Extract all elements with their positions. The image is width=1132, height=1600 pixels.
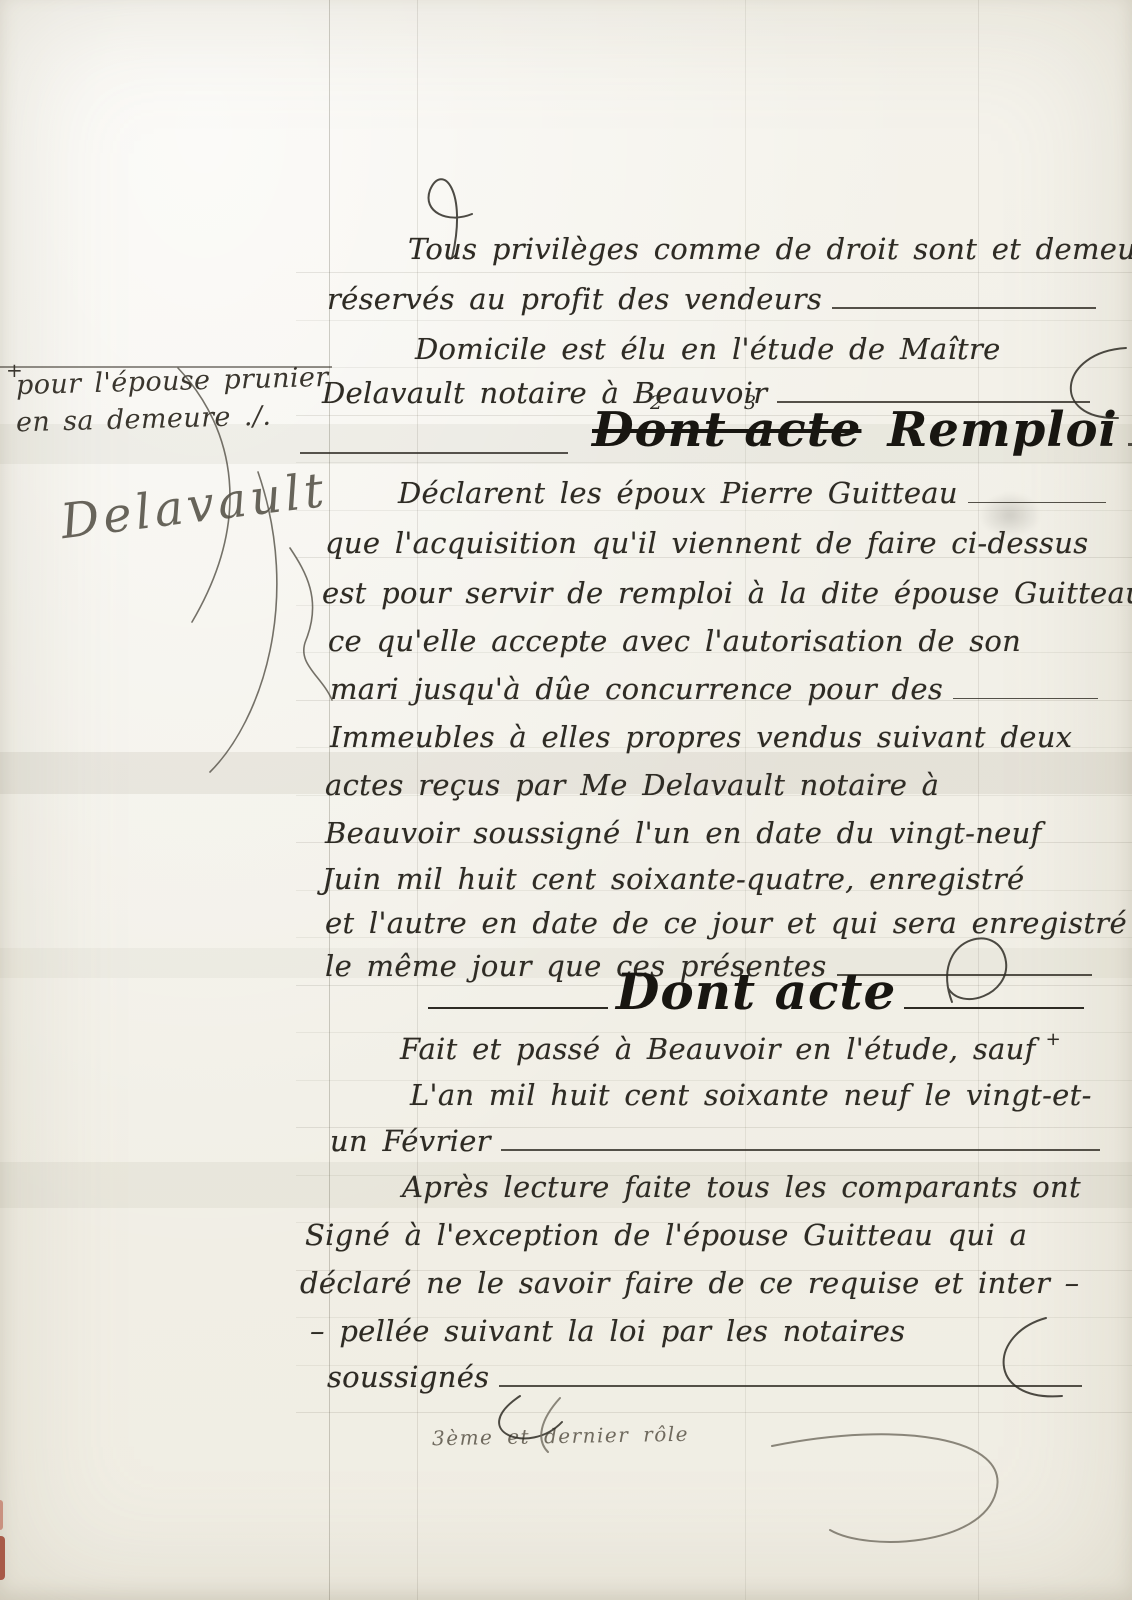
heading-pre-rule xyxy=(300,452,568,454)
line-text: mari jusqu'à dûe concurrence pour des xyxy=(330,672,943,706)
filler-rule xyxy=(501,1149,1100,1151)
renvoi-superscript: 3 xyxy=(744,392,757,414)
heading-side-rule xyxy=(428,1007,608,1009)
line-text: déclaré ne le savoir faire de ce requise… xyxy=(300,1266,1079,1300)
line-text: est pour servir de remploi à la dite épo… xyxy=(322,576,1132,610)
manuscript-line: Après lecture faite tous les comparants … xyxy=(402,1170,1081,1216)
line-text: Après lecture faite tous les comparants … xyxy=(402,1170,1081,1204)
heading-side-rule xyxy=(904,1007,1084,1009)
filler-rule xyxy=(968,502,1106,503)
pencil-flourish xyxy=(772,1434,998,1542)
manuscript-line: Immeubles à elles propres vendus suivant… xyxy=(330,720,1072,766)
line-text: Beauvoir soussigné l'un en date du vingt… xyxy=(325,816,1042,850)
filler-rule xyxy=(832,307,1096,309)
line-text: un Février xyxy=(330,1124,491,1158)
edge-stain xyxy=(0,1536,5,1580)
edge-stain xyxy=(0,1500,3,1530)
line-text: que l'acquisition qu'il viennent de fair… xyxy=(325,526,1088,560)
manuscript-line: un Février xyxy=(330,1124,1106,1170)
line-text: Immeubles à elles propres vendus suivant… xyxy=(330,720,1072,754)
line-text: – pellée suivant la loi par les notaires xyxy=(310,1314,905,1348)
manuscript-line: déclaré ne le savoir faire de ce requise… xyxy=(300,1266,1079,1312)
manuscript-line: Déclarent les époux Pierre Guitteau xyxy=(398,476,1112,522)
manuscript-line: et l'autre en date de ce jour et qui ser… xyxy=(325,906,1127,952)
ruling-line xyxy=(296,462,1132,463)
line-text: ce qu'elle accepte avec l'autorisation d… xyxy=(328,624,1021,658)
manuscript-line: Fait et passé à Beauvoir en l'étude, sau… xyxy=(400,1032,1061,1078)
filler-rule xyxy=(499,1385,1082,1387)
margin-note-line: pour l'épouse prunier xyxy=(16,362,329,401)
line-text: soussignés xyxy=(327,1360,489,1394)
filler-rule xyxy=(953,698,1098,699)
heading-remploi: Remploi xyxy=(887,402,1117,458)
notary-signature: Delavault xyxy=(58,462,331,550)
manuscript-line: – pellée suivant la loi par les notaires xyxy=(310,1314,905,1360)
heading-dont-acte-struck: Dont acte 2 3 xyxy=(592,402,861,458)
manuscript-line: est pour servir de remploi à la dite épo… xyxy=(322,576,1132,622)
ruling-line xyxy=(296,1412,1132,1413)
line-text: Déclarent les époux Pierre Guitteau xyxy=(398,476,958,510)
struck-text: Dont acte xyxy=(592,402,861,458)
inline-renvoi-mark: + xyxy=(1046,1029,1061,1050)
line-text: Juin mil huit cent soixante-quatre, enre… xyxy=(322,862,1024,896)
heading-dont-acte: Dont acte xyxy=(616,962,896,1021)
manuscript-line: soussignés xyxy=(327,1360,1088,1406)
pencil-folio-note: 3ème et dernier rôle xyxy=(432,1422,689,1450)
renvoi-superscript: 2 xyxy=(650,392,663,414)
line-text: actes reçus par Me Delavault notaire à xyxy=(325,768,939,802)
line-text: Fait et passé à Beauvoir en l'étude, sau… xyxy=(400,1032,1036,1066)
line-text: Tous privilèges comme de droit sont et d… xyxy=(408,232,1132,266)
manuscript-line: actes reçus par Me Delavault notaire à xyxy=(325,768,939,814)
manuscript-line: L'an mil huit cent soixante neuf le ving… xyxy=(410,1078,1092,1124)
manuscript-line: ce qu'elle accepte avec l'autorisation d… xyxy=(328,624,1021,670)
line-text: L'an mil huit cent soixante neuf le ving… xyxy=(410,1078,1092,1112)
manuscript-line: Domicile est élu en l'étude de Maître xyxy=(415,332,1001,378)
manuscript-line: mari jusqu'à dûe concurrence pour des xyxy=(330,672,1104,718)
manuscript-line: que l'acquisition qu'il viennent de fair… xyxy=(325,526,1088,572)
line-text: et l'autre en date de ce jour et qui ser… xyxy=(325,906,1127,940)
manuscript-line: Juin mil huit cent soixante-quatre, enre… xyxy=(322,862,1024,908)
manuscript-line: Beauvoir soussigné l'un en date du vingt… xyxy=(325,816,1042,862)
line-text: Signé à l'exception de l'épouse Guitteau… xyxy=(305,1218,1027,1252)
manuscript-line: Signé à l'exception de l'épouse Guitteau… xyxy=(305,1218,1027,1264)
heading-line-1: Dont acte 2 3 Remploi xyxy=(592,402,1106,458)
manuscript-page: + pour l'épouse prunier en sa demeure ./… xyxy=(0,0,1132,1600)
margin-note-line: en sa demeure ./. xyxy=(16,401,272,439)
heading-line-2: Dont acte xyxy=(420,962,1092,1021)
line-text: Domicile est élu en l'étude de Maître xyxy=(415,332,1001,366)
filler-rule xyxy=(1128,443,1132,446)
manuscript-line: réservés au profit des vendeurs xyxy=(327,282,1102,328)
manuscript-line: Tous privilèges comme de droit sont et d… xyxy=(408,232,1132,278)
line-text: réservés au profit des vendeurs xyxy=(327,282,822,316)
